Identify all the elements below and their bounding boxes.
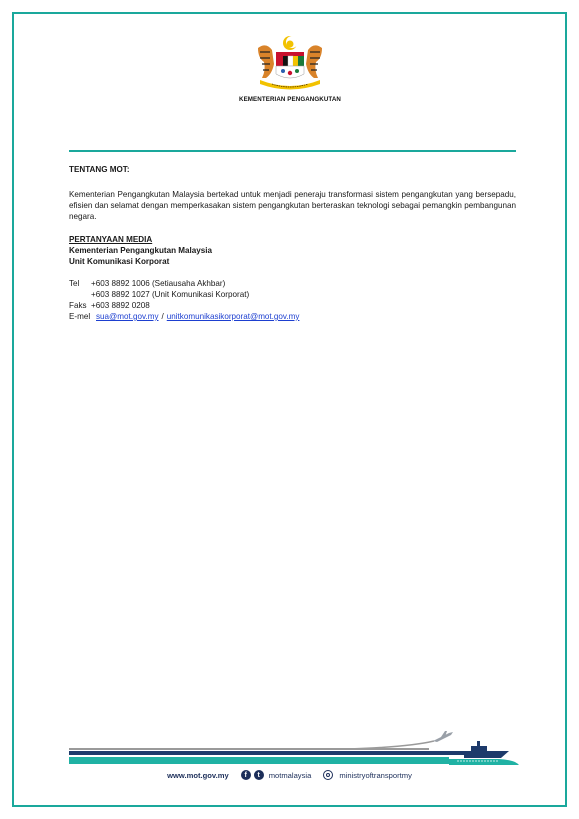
tel-number-1: +603 8892 1006 (Setiausaha Akhbar) xyxy=(91,278,225,289)
page-border xyxy=(12,12,567,807)
social-handle: motmalaysia xyxy=(269,771,312,780)
social-instagram[interactable]: ministryoftransportmy xyxy=(323,770,412,780)
transport-vehicles-icon xyxy=(349,727,519,767)
instagram-handle: ministryoftransportmy xyxy=(339,771,412,780)
media-heading: PERTANYAAN MEDIA xyxy=(69,234,516,245)
media-unit: Unit Komunikasi Korporat xyxy=(69,256,516,267)
email-row: E-mel sua@mot.gov.my / unitkomunikasikor… xyxy=(69,311,516,322)
email-separator: / xyxy=(162,311,164,322)
email-link-unit[interactable]: unitkomunikasikorporat@mot.gov.my xyxy=(167,311,300,322)
tel-row: Tel +603 8892 1006 (Setiausaha Akhbar) xyxy=(69,278,516,289)
media-org: Kementerian Pengangkutan Malaysia xyxy=(69,245,516,256)
footer-links: www.mot.gov.my f t motmalaysia ministryo… xyxy=(0,770,579,780)
email-link-sua[interactable]: sua@mot.gov.my xyxy=(96,311,159,322)
tel-label: Tel xyxy=(69,278,91,289)
contact-block: Tel +603 8892 1006 (Setiausaha Akhbar) +… xyxy=(69,278,516,322)
email-label: E-mel xyxy=(69,311,96,322)
press-release-body: TENTANG MOT: Kementerian Pengangkutan Ma… xyxy=(69,164,516,322)
fax-label: Faks xyxy=(69,300,91,311)
twitter-icon[interactable]: t xyxy=(254,770,264,780)
fax-number: +603 8892 0208 xyxy=(91,300,150,311)
about-paragraph: Kementerian Pengangkutan Malaysia bertek… xyxy=(69,189,516,222)
letterhead-logo: KEMENTERIAN PENGANGKUTAN xyxy=(228,34,352,103)
facebook-icon[interactable]: f xyxy=(241,770,251,780)
tel-number-2: +603 8892 1027 (Unit Komunikasi Korporat… xyxy=(91,289,249,300)
tel-row-2: +603 8892 1027 (Unit Komunikasi Korporat… xyxy=(69,289,516,300)
website-link[interactable]: www.mot.gov.my xyxy=(167,771,229,780)
instagram-icon[interactable] xyxy=(323,770,333,780)
ministry-name: KEMENTERIAN PENGANGKUTAN xyxy=(228,96,352,103)
social-facebook-twitter[interactable]: f t motmalaysia xyxy=(241,770,312,780)
header-divider xyxy=(69,150,516,152)
transport-banner xyxy=(69,727,519,767)
coat-of-arms-icon xyxy=(250,34,330,94)
fax-row: Faks +603 8892 0208 xyxy=(69,300,516,311)
about-heading: TENTANG MOT: xyxy=(69,164,516,175)
